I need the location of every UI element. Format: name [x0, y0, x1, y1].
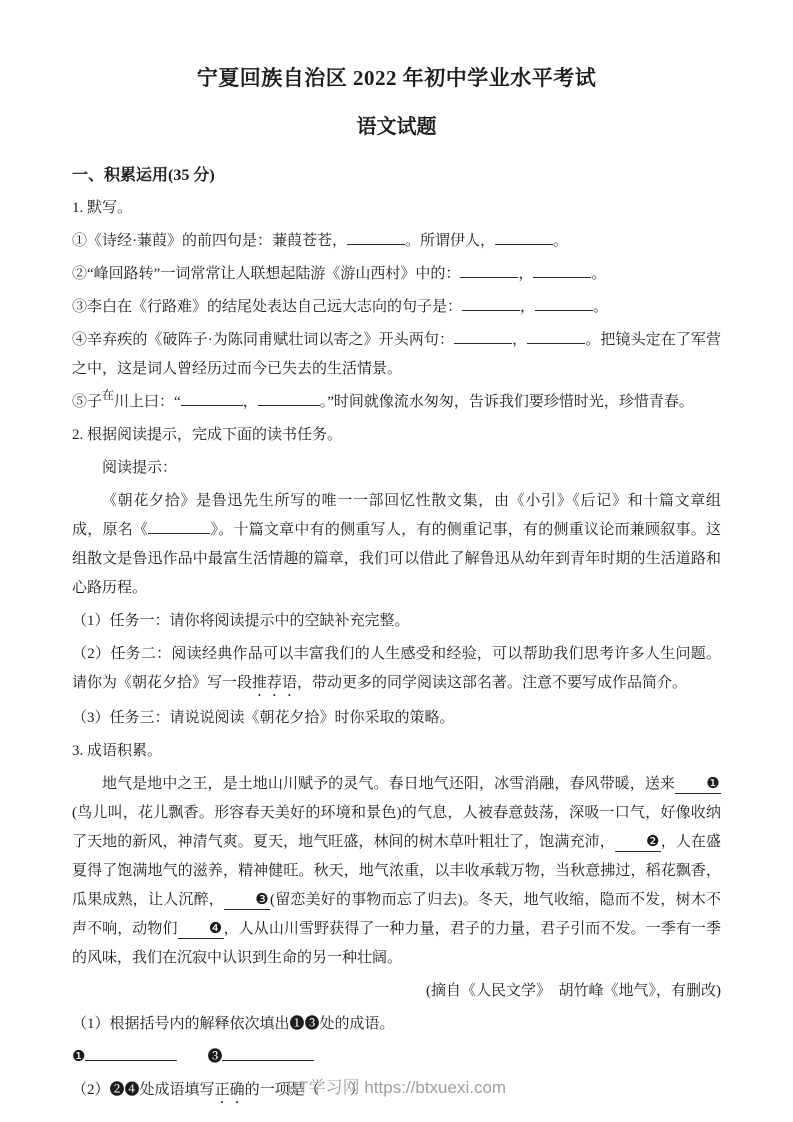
q3-stem: 3. 成语积累。 — [72, 737, 721, 766]
footer-watermark-text: BT学习网 https://btxuexi.com — [287, 1078, 506, 1097]
q1-item-3: ③李白在《行路难》的结尾处表达自己远大志向的句子是：，。 — [72, 293, 721, 322]
answer-blank — [495, 231, 553, 245]
answer-blank — [85, 1047, 177, 1061]
page-title: 宁夏回族自治区 2022 年初中学业水平考试 — [72, 62, 721, 92]
q2-hint-para: 《朝花夕拾》是鲁迅先生所写的唯一一部回忆性散文集，由《小引》《后记》和十篇文章组… — [72, 487, 721, 603]
answer-blank — [181, 392, 243, 406]
q1-stem: 1. 默写。 — [72, 194, 721, 223]
numbered-answer-blank: ❶ — [675, 775, 721, 794]
answer-blank — [527, 330, 585, 344]
answer-blank — [460, 264, 518, 278]
exam-page: 宁夏回族自治区 2022 年初中学业水平考试 语文试题 一、积累运用(35 分)… — [0, 0, 793, 1107]
q1-item-1: ①《诗经·蒹葭》的前四句是：蒹葭苍苍，。所谓伊人，。 — [72, 227, 721, 256]
numbered-answer-blank: ❷ — [615, 833, 661, 852]
numbered-answer-blank: ❹ — [178, 920, 224, 939]
section-heading: 一、积累运用(35 分) — [72, 162, 721, 185]
answer-blank — [347, 231, 405, 245]
document-body: 1. 默写。①《诗经·蒹葭》的前四句是：蒹葭苍苍，。所谓伊人，。②“峰回路转”一… — [72, 194, 721, 1107]
circled-number: ❶ — [72, 1049, 85, 1065]
answer-blank — [533, 264, 591, 278]
answer-blank — [535, 297, 593, 311]
answer-blank — [454, 330, 512, 344]
q1-item-4: ④辛弃疾的《破阵子·为陈同甫赋壮词以寄之》开头两句：，。把镜头定在了军营之中，这… — [72, 326, 721, 384]
q3-sub-1: （1）根据括号内的解释依次填出❶❸处的成语。 — [72, 1010, 721, 1039]
q2-task-3: （3）任务三：请说说阅读《朝花夕拾》时你采取的策略。 — [72, 704, 721, 733]
superscript-char: 在 — [102, 388, 114, 402]
circled-number: ❸ — [305, 1016, 320, 1032]
circled-number: ❸ — [207, 1049, 222, 1065]
q2-hint-label: 阅读提示： — [72, 454, 721, 483]
q1-item-2: ②“峰回路转”一词常常让人联想起陆游《游山西村》中的：，。 — [72, 260, 721, 289]
circled-number: ❶ — [290, 1016, 305, 1032]
q3-source: (摘自《人民文学》 胡竹峰《地气》，有删改) — [72, 977, 721, 1006]
answer-blank — [462, 297, 520, 311]
numbered-answer-blank: ❸ — [224, 891, 270, 910]
q1-item-5: ⑤子在川上曰：“，。”时间就像流水匆匆，告诉我们要珍惜时光，珍惜青春。 — [72, 388, 721, 417]
q3-sub-1-blanks: ❶ ❸ — [72, 1043, 721, 1072]
q2-stem: 2. 根据阅读提示，完成下面的读书任务。 — [72, 421, 721, 450]
page-subtitle: 语文试题 — [72, 110, 721, 139]
footer-watermark: BT学习网 https://btxuexi.com — [0, 1073, 793, 1098]
q3-passage: 地气是地中之王，是土地山川赋予的灵气。春日地气还阳，冰雪消融，春风带暖，送来❶(… — [72, 770, 721, 973]
answer-blank — [258, 392, 320, 406]
emphasized-text: 推荐语 — [252, 675, 297, 691]
answer-blank — [148, 520, 210, 534]
answer-blank — [222, 1047, 314, 1061]
q2-task-1: （1）任务一：请你将阅读提示中的空缺补充完整。 — [72, 607, 721, 636]
q2-task-2: （2）任务二：阅读经典作品可以丰富我们的人生感受和经验，可以帮助我们思考许多人生… — [72, 640, 721, 700]
